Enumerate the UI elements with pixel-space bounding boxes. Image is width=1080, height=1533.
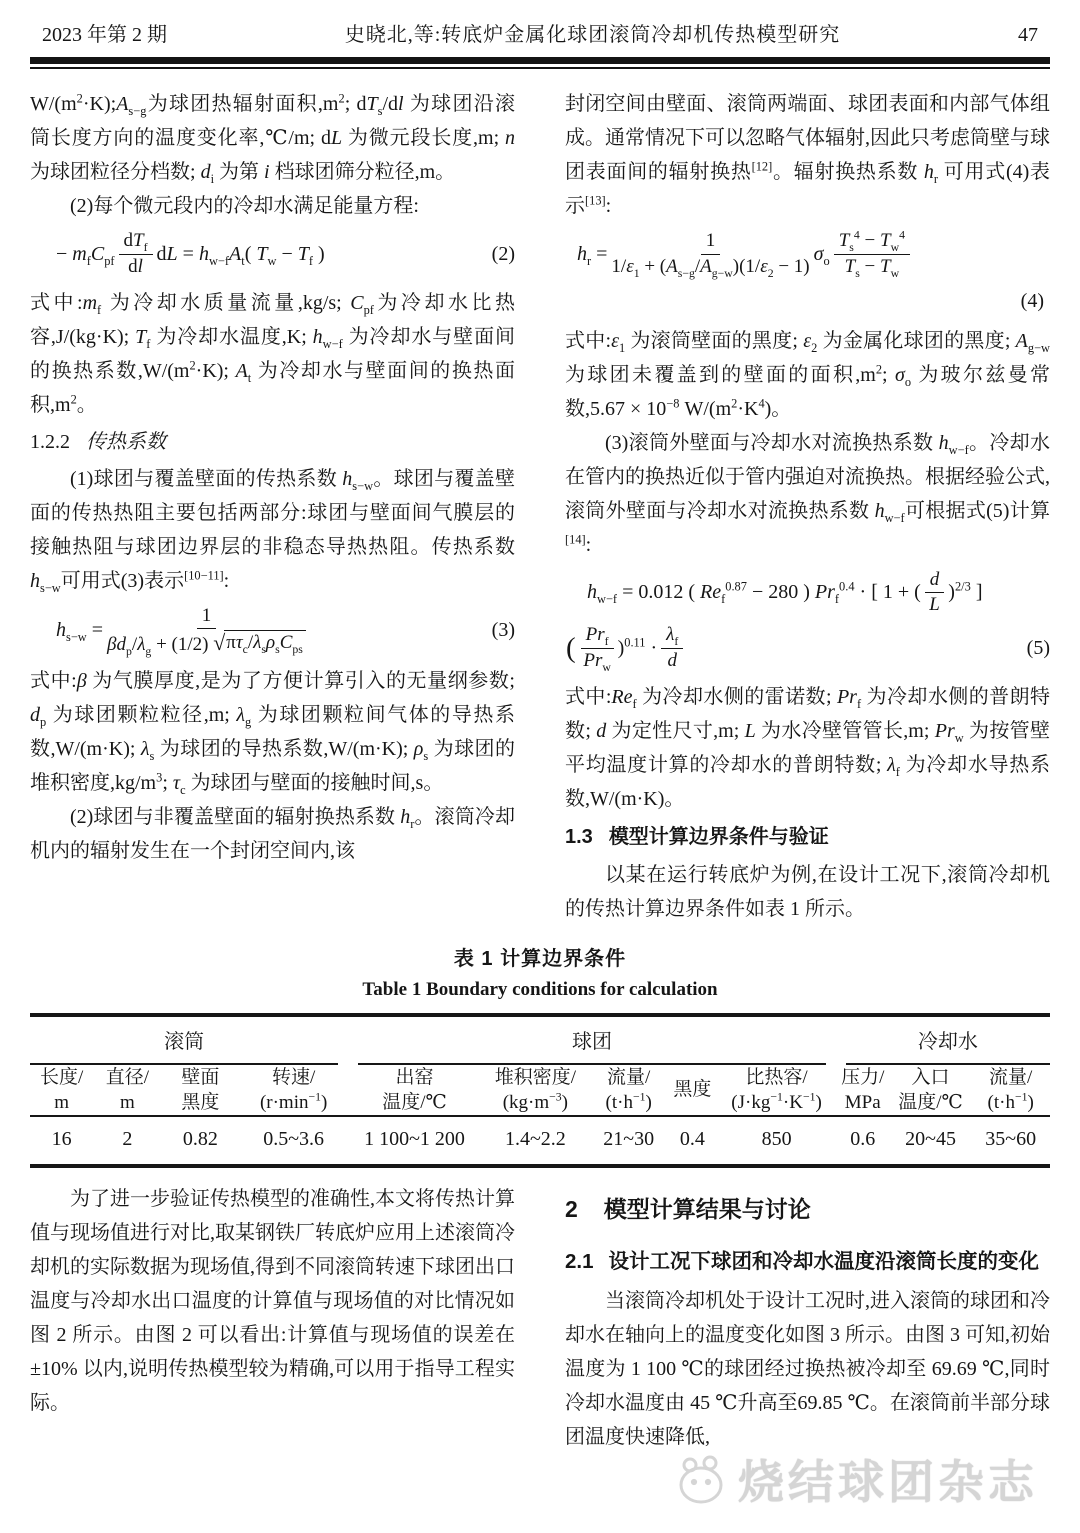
formula-fragment: dL = hw−fAt( Tw − Tf ) <box>157 242 325 267</box>
formula-fragment: βdp/λg + (1/2) <box>107 634 213 655</box>
lower-left-column: 为了进一步验证传热模型的准确性,本文将传热计算值与现场值进行对比,取某钢铁厂转底… <box>30 1182 515 1454</box>
table-cell: 850 <box>717 1116 835 1166</box>
col-header: 流量/(t·h−1) <box>590 1065 668 1116</box>
col-header: 堆积密度/(kg·m−3) <box>481 1065 590 1116</box>
watermark-mascot-icon <box>672 1453 730 1505</box>
subsection-number: 1.3 <box>565 820 593 854</box>
fraction-denominator: Ts − Tw <box>845 255 899 279</box>
table-caption-zh: 表 1 计算边界条件 <box>30 942 1050 971</box>
fraction: Ts4 − Tw4 Ts − Tw <box>834 230 910 279</box>
formula-fragment: − mfCpf <box>56 242 115 267</box>
subsection-number: 1.2.2 <box>30 425 70 459</box>
col-header: 黑度 <box>667 1065 717 1116</box>
fraction-numerator: 1 <box>197 605 217 630</box>
equation-number: (4) <box>1021 290 1044 312</box>
equation-2: − mfCpf dTf dl dL = hw−fAt( Tw − Tf ) (2… <box>30 230 515 279</box>
fraction-numerator: λf <box>661 624 683 649</box>
fraction: 1 1/ε1 + (As−g/Ag−w)(1/ε2 − 1) <box>611 230 809 279</box>
section-number: 2 <box>565 1192 578 1226</box>
running-header: 2023 年第 2 期 史晓北,等:转底炉金属化球团滚筒冷却机传热模型研究 47 <box>30 16 1050 57</box>
left-column: W/(m2·K);As−g为球团热辐射面积,m2; dTs/dl 为球团沿滚筒长… <box>30 87 515 926</box>
subsection-title: 传热系数 <box>86 425 166 459</box>
paragraph-hwf-intro: (3)滚筒外壁面与冷却水对流换热系数 hw−f。冷却水在管内的换热近似于管内强迫… <box>565 426 1050 562</box>
paragraph-design-condition: 当滚筒冷却机处于设计工况时,进入滚筒的球团和冷却水在轴向上的温度变化如图 3 所… <box>565 1284 1050 1454</box>
group-header-pellet: 球团 <box>348 1015 836 1065</box>
radicand: πτc/λsρsCps <box>224 630 306 655</box>
subsection-number: 2.1 <box>565 1244 594 1280</box>
paragraph-enclosure: 封闭空间由壁面、滚筒两端面、球团表面和内部气体组成。通常情况下可以忽略气体辐射,… <box>565 87 1050 223</box>
group-header-cooling-water: 冷却水 <box>836 1015 1050 1065</box>
subsection-title: 设计工况下球团和冷却水温度沿滚筒长度的变化 <box>609 1244 1051 1280</box>
col-header: 压力/MPa <box>836 1065 890 1116</box>
group-header-drum: 滚筒 <box>30 1015 348 1065</box>
fraction-denominator: Prw <box>583 649 611 673</box>
section-heading-2: 2 模型计算结果与讨论 <box>565 1192 1050 1226</box>
formula-body: − mfCpf dTf dl dL = hw−fAt( Tw − Tf ) <box>56 230 325 279</box>
fraction-numerator: 1 <box>701 230 721 255</box>
issue-label: 2023 年第 2 期 <box>42 18 167 47</box>
fraction-denominator: L <box>929 593 940 617</box>
fraction-numerator: Ts4 − Tw4 <box>834 230 910 255</box>
watermark-text: 烧结球团杂志 <box>738 1446 1038 1512</box>
boundary-conditions-table: 滚筒 球团 冷却水 长度/m 直径/m 壁面黑度 转速/(r·min−1) 出窑… <box>30 1013 1050 1168</box>
fraction-numerator: d <box>925 569 945 594</box>
col-header: 转速/(r·min−1) <box>239 1065 348 1116</box>
subsection-title: 模型计算边界条件与验证 <box>609 820 829 854</box>
paragraph-validation: 为了进一步验证传热模型的准确性,本文将传热计算值与现场值进行对比,取某钢铁厂转底… <box>30 1182 515 1420</box>
running-title: 史晓北,等:转底炉金属化球团滚筒冷却机传热模型研究 <box>345 18 841 47</box>
col-header: 长度/m <box>30 1065 93 1116</box>
formula-fragment: )0.11 · <box>618 636 658 661</box>
col-header: 出窑温度/℃ <box>348 1065 481 1116</box>
paragraph-eq2-intro: (2)每个微元段内的冷却水满足能量方程: <box>30 189 515 223</box>
journal-watermark: 烧结球团杂志 <box>672 1446 1038 1512</box>
fraction: 1 βdp/λg + (1/2) √πτc/λsρsCps <box>107 605 306 658</box>
paragraph-eq3-symbols: 式中:β 为气膜厚度,是为了方便计算引入的无量纲参数; dp 为球团颗粒粒径,m… <box>30 664 515 800</box>
table-1-block: 表 1 计算边界条件 Table 1 Boundary conditions f… <box>30 942 1050 1168</box>
table-cell: 2 <box>93 1116 161 1166</box>
paragraph-eq4-symbols: 式中:ε1 为滚筒壁面的黑度; ε2 为金属化球团的黑度; Ag−w 为球团未覆… <box>565 324 1050 426</box>
col-header: 流量/(t·h−1) <box>971 1065 1050 1116</box>
equation-number: (2) <box>492 242 515 267</box>
table-cell: 1.4~2.2 <box>481 1116 590 1166</box>
table-caption-en: Table 1 Boundary conditions for calculat… <box>30 979 1050 1001</box>
formula-fragment: hw−f = 0.012 ( Ref0.87 − 280 ) Prf0.4 · … <box>587 580 921 605</box>
paragraph-eq2-symbols: 式中:mf 为冷却水质量流量,kg/s; Cpf为冷却水比热容,J/(kg·K)… <box>30 286 515 422</box>
equation-4-number-line: (4) <box>565 284 1050 318</box>
fraction-denominator: βdp/λg + (1/2) √πτc/λsρsCps <box>107 629 306 657</box>
paragraph-eq5-symbols: 式中:Ref 为冷却水侧的雷诺数; Prf 为冷却水侧的普朗特数; d 为定性尺… <box>565 680 1050 816</box>
right-column: 封闭空间由壁面、滚筒两端面、球团表面和内部气体组成。通常情况下可以忽略气体辐射,… <box>565 87 1050 926</box>
formula-fragment: hs−w = <box>56 618 103 643</box>
col-header: 比热容/(J·kg−1·K−1) <box>717 1065 835 1116</box>
paragraph-boundary-intro: 以某在运行转底炉为例,在设计工况下,滚筒冷却机的传热计算边界条件如表 1 所示。 <box>565 858 1050 926</box>
equation-4: hr = 1 1/ε1 + (As−g/Ag−w)(1/ε2 − 1) σo T… <box>565 230 1050 279</box>
fraction: Prf Prw <box>581 624 614 673</box>
fraction: λf d <box>661 624 683 673</box>
table-cell: 0.5~3.6 <box>239 1116 348 1166</box>
equation-number: (5) <box>1027 636 1050 661</box>
table-data-row: 16 2 0.82 0.5~3.6 1 100~1 200 1.4~2.2 21… <box>30 1116 1050 1166</box>
equation-5-line1: hw−f = 0.012 ( Ref0.87 − 280 ) Prf0.4 · … <box>565 569 1050 618</box>
formula-fragment: σo <box>814 242 830 267</box>
fraction-denominator: 1/ε1 + (As−g/Ag−w)(1/ε2 − 1) <box>611 255 809 279</box>
lower-two-column-body: 为了进一步验证传热模型的准确性,本文将传热计算值与现场值进行对比,取某钢铁厂转底… <box>30 1182 1050 1454</box>
subsection-heading-1-3: 1.3 模型计算边界条件与验证 <box>565 820 1050 854</box>
subsection-heading-2-1: 2.1 设计工况下球团和冷却水温度沿滚筒长度的变化 <box>565 1244 1050 1280</box>
group-header-row: 滚筒 球团 冷却水 <box>30 1015 1050 1065</box>
equation-3: hs−w = 1 βdp/λg + (1/2) √πτc/λsρsCps (3) <box>30 605 515 658</box>
upper-two-column-body: W/(m2·K);As−g为球团热辐射面积,m2; dTs/dl 为球团沿滚筒长… <box>30 87 1050 926</box>
fraction-denominator: d <box>668 649 678 673</box>
col-header: 入口温度/℃ <box>890 1065 972 1116</box>
fraction: dTf dl <box>119 230 153 279</box>
table-cell: 0.6 <box>836 1116 890 1166</box>
fraction: d L <box>925 569 945 618</box>
table-cell: 16 <box>30 1116 93 1166</box>
journal-page: 2023 年第 2 期 史晓北,等:转底炉金属化球团滚筒冷却机传热模型研究 47… <box>0 0 1080 1533</box>
formula-body: hs−w = 1 βdp/λg + (1/2) √πτc/λsρsCps <box>56 605 310 658</box>
table-cell: 35~60 <box>971 1116 1050 1166</box>
equation-number: (3) <box>492 618 515 643</box>
equation-5-line2: ( Prf Prw )0.11 · λf d (5) <box>565 624 1050 673</box>
fraction-numerator: dTf <box>119 230 153 255</box>
col-header: 直径/m <box>93 1065 161 1116</box>
subsection-heading-1-2-2: 1.2.2 传热系数 <box>30 425 515 459</box>
col-header: 壁面黑度 <box>162 1065 240 1116</box>
formula-body: ( Prf Prw )0.11 · λf d <box>565 624 687 673</box>
open-paren: ( <box>566 630 576 666</box>
square-root: √πτc/λsρsCps <box>213 630 306 656</box>
column-header-row: 长度/m 直径/m 壁面黑度 转速/(r·min−1) 出窑温度/℃ 堆积密度/… <box>30 1065 1050 1116</box>
lower-right-column: 2 模型计算结果与讨论 2.1 设计工况下球团和冷却水温度沿滚筒长度的变化 当滚… <box>565 1182 1050 1454</box>
paragraph-hsw: (1)球团与覆盖壁面的传热系数 hs−w。球团与覆盖壁面的传热热阻主要包括两部分… <box>30 462 515 598</box>
section-title: 模型计算结果与讨论 <box>604 1192 811 1226</box>
fraction-numerator: Prf <box>581 624 614 649</box>
formula-fragment: )2/3 ] <box>948 580 982 605</box>
formula-fragment: hr = <box>577 242 607 267</box>
table-cell: 0.82 <box>162 1116 240 1166</box>
table-cell: 21~30 <box>590 1116 668 1166</box>
table-cell: 1 100~1 200 <box>348 1116 481 1166</box>
formula-body: hr = 1 1/ε1 + (As−g/Ag−w)(1/ε2 − 1) σo T… <box>577 230 914 279</box>
formula-body: hw−f = 0.012 ( Ref0.87 − 280 ) Prf0.4 · … <box>587 569 982 618</box>
header-rule-thick <box>30 57 1050 64</box>
page-number: 47 <box>1018 24 1038 47</box>
header-rule-thin <box>30 67 1050 69</box>
paragraph-hr-intro: (2)球团与非覆盖壁面的辐射换热系数 hr。滚筒冷却机内的辐射发生在一个封闭空间… <box>30 800 515 868</box>
paragraph-symbol-list: W/(m2·K);As−g为球团热辐射面积,m2; dTs/dl 为球团沿滚筒长… <box>30 87 515 189</box>
fraction-denominator: dl <box>128 255 143 279</box>
table-cell: 0.4 <box>667 1116 717 1166</box>
table-cell: 20~45 <box>890 1116 972 1166</box>
